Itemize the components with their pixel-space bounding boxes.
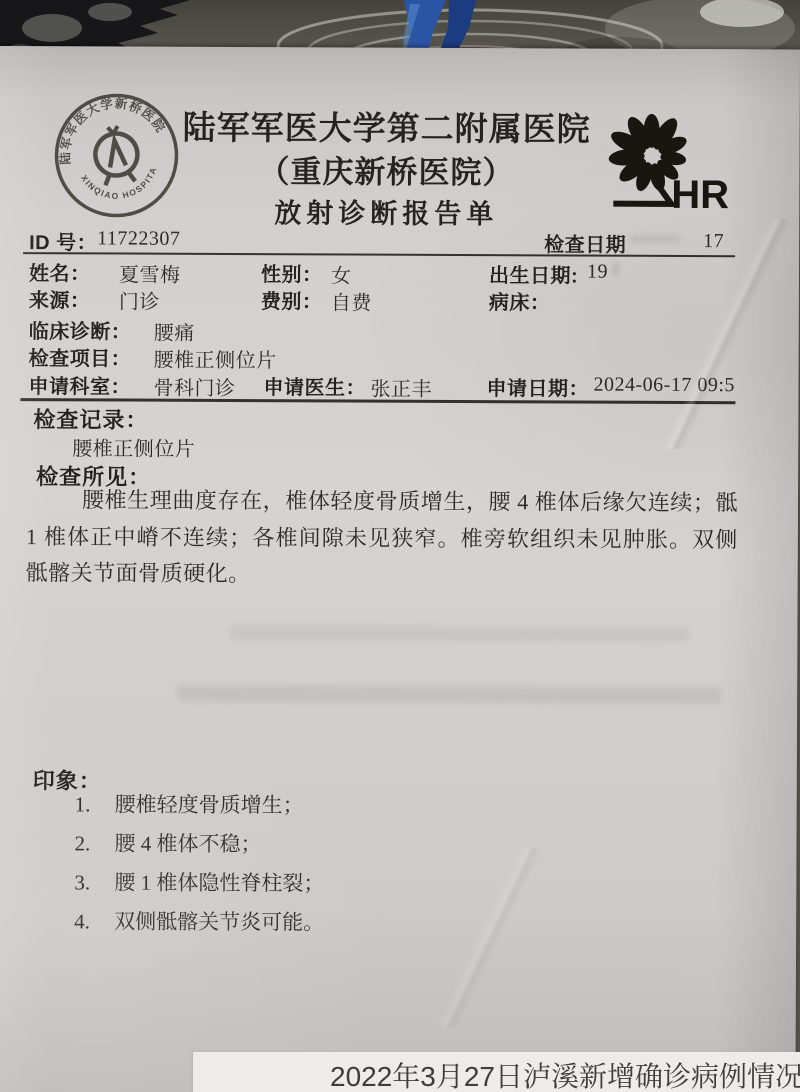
- impression-item: 4. 双侧骶髂关节炎可能。: [74, 905, 324, 930]
- bleed-through-smudge: [229, 625, 689, 642]
- name-label: 姓名：: [29, 257, 91, 286]
- impression-item-number: 4.: [74, 909, 114, 934]
- impression-item-number: 2.: [74, 831, 114, 856]
- req-date-value: 2024-06-17 09:5: [593, 374, 734, 398]
- clinical-dx-label: 临床诊断：: [29, 315, 132, 344]
- impression-item: 3. 腰 1 椎体隐性脊柱裂；: [74, 866, 324, 891]
- req-dept-label: 申请科室：: [28, 370, 131, 399]
- photo-scene: 陆军军医大学新桥医院 XINQIAO HOSPITAL OF 陆军军医大学第二附…: [0, 0, 800, 1092]
- paper-crease: [638, 219, 800, 450]
- req-doctor-label: 申请医生：: [263, 371, 366, 400]
- caption-text: 2022年3月27日泸溪新增确诊病例情况: [330, 1055, 800, 1092]
- exam-date-value: 17: [703, 230, 724, 253]
- clinical-dx-value: 腰痛: [154, 317, 195, 346]
- id-value: 11722307: [97, 227, 180, 250]
- impression-item-text: 双侧骶髂关节炎可能。: [114, 906, 324, 937]
- findings-text: 腰椎生理曲度存在，椎体轻度骨质增生，腰 4 椎体后缘欠连续；骶 1 椎体正中嵴不…: [26, 482, 738, 595]
- birth-label: 出生日期:: [489, 259, 578, 288]
- hospital-name: 陆军军医大学第二附属医院: [172, 102, 602, 151]
- gender-value: 女: [331, 259, 352, 288]
- hospital-seal-icon: 陆军军医大学新桥医院 XINQIAO HOSPITAL OF: [43, 82, 189, 228]
- name-value: 夏雪梅: [119, 259, 181, 288]
- record-heading: 检查记录：: [33, 403, 148, 435]
- record-value: 腰椎正侧位片: [72, 432, 195, 462]
- impression-item-text: 腰椎轻度骨质增生；: [115, 789, 304, 820]
- report-title: 放射诊断报告单: [171, 191, 601, 232]
- impression-item: 1. 腰椎轻度骨质增生；: [75, 788, 325, 813]
- seal-monogram: [92, 124, 141, 186]
- hr-logo-icon: HR: [595, 105, 739, 218]
- bleed-through-smudge: [177, 685, 722, 704]
- fee-label: 费别：: [261, 285, 323, 314]
- bed-label: 病床：: [489, 286, 551, 315]
- impression-item-number: 3.: [74, 870, 114, 895]
- caption-band: 2022年3月27日泸溪新增确诊病例情况: [193, 1052, 800, 1092]
- report-paper: 陆军军医大学新桥医院 XINQIAO HOSPITAL OF 陆军军医大学第二附…: [0, 46, 800, 1092]
- exam-item-label: 检查项目：: [29, 342, 132, 371]
- impression-item-text: 腰 4 椎体不稳；: [114, 828, 261, 859]
- source-label: 来源：: [29, 284, 91, 313]
- impression-item-text: 腰 1 椎体隐性脊柱裂；: [114, 867, 324, 898]
- req-date-label: 申请日期：: [486, 372, 589, 401]
- fee-value: 自费: [331, 286, 372, 315]
- req-dept-value: 骨科门诊: [153, 372, 235, 401]
- gender-label: 性别：: [261, 258, 323, 287]
- faded-birth-smudge: [612, 262, 620, 276]
- exam-date-label: 检查日期: [544, 228, 626, 257]
- source-value: 门诊: [119, 286, 160, 315]
- divider-line: [23, 252, 735, 257]
- impression-item-number: 1.: [75, 792, 115, 817]
- report-document: 陆军军医大学新桥医院 XINQIAO HOSPITAL OF 陆军军医大学第二附…: [0, 46, 800, 1092]
- hospital-branch: （重庆新桥医院）: [171, 146, 601, 193]
- impression-list: 1. 腰椎轻度骨质增生； 2. 腰 4 椎体不稳； 3. 腰 1 椎体隐性脊柱裂…: [74, 788, 325, 945]
- paper-crease: [376, 848, 597, 1029]
- exam-item-value: 腰椎正侧位片: [154, 344, 277, 374]
- req-doctor-value: 张正丰: [370, 373, 432, 402]
- id-label: ID 号：: [29, 226, 97, 255]
- birth-value: 19: [587, 261, 608, 284]
- faded-date-smudge: [629, 235, 681, 243]
- impression-item: 2. 腰 4 椎体不稳；: [74, 827, 324, 852]
- logo-text: HR: [671, 173, 729, 217]
